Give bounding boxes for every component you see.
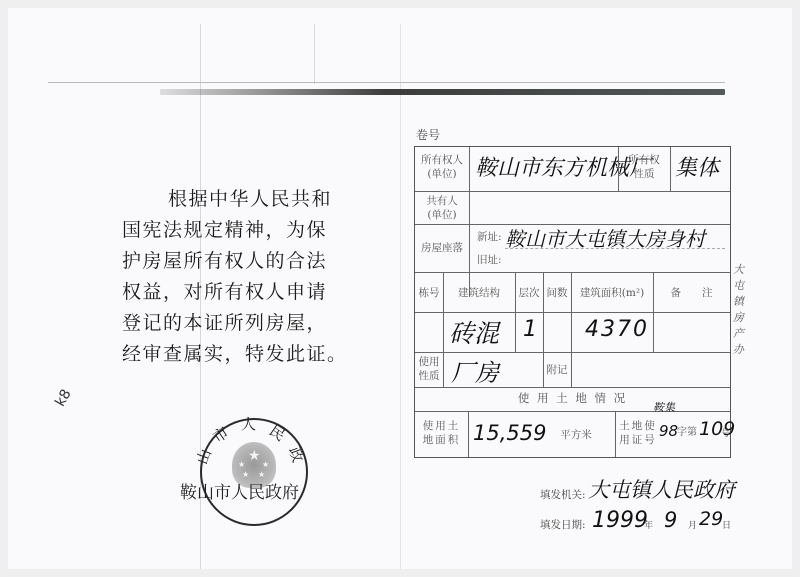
fold-line-mid bbox=[314, 24, 315, 84]
ownership-nature-label: 所有权 性质 bbox=[618, 153, 670, 181]
issue-date-month: 9 bbox=[664, 508, 677, 532]
declaration-text: 根据中华人民共和 国宪法规定精神，为保 护房屋所有权人的合法 权益，对所有权人申… bbox=[122, 184, 362, 370]
col-divider bbox=[443, 352, 444, 387]
issue-date-label: 填发日期: bbox=[540, 517, 586, 532]
land-area-unit: 平方米 bbox=[551, 428, 601, 442]
usage-label: 使用 性质 bbox=[415, 355, 443, 383]
land-cert-label: 土地使 用证号 bbox=[619, 419, 657, 447]
header-rooms: 间数 bbox=[543, 286, 571, 300]
new-address-label: 新址: bbox=[477, 230, 502, 244]
fold-line-center bbox=[400, 24, 401, 569]
owner-label: 所有权人 (单位) bbox=[415, 153, 469, 181]
issuing-authority-value: 大屯镇人民政府 bbox=[588, 474, 735, 504]
land-cert-number-1: 98 bbox=[659, 422, 678, 440]
col-divider bbox=[468, 411, 469, 457]
col-divider bbox=[670, 147, 671, 191]
declaration-line: 护房屋所有权人的合法 bbox=[122, 246, 362, 277]
col-divider bbox=[615, 411, 616, 457]
declaration-line: 权益，对所有权人申请 bbox=[122, 277, 362, 308]
scan-rule-thin bbox=[48, 82, 725, 83]
header-remarks: 备 注 bbox=[653, 286, 730, 300]
seal-arc-char: 人 bbox=[241, 413, 256, 434]
declaration-line: 登记的本证所列房屋， bbox=[122, 308, 362, 339]
land-area-label: 使用土 地面积 bbox=[415, 419, 468, 447]
header-area: 建筑面积(m²) bbox=[571, 286, 653, 300]
land-section-title: 使 用 土 地 情 况 bbox=[415, 391, 730, 405]
old-address-label: 旧址: bbox=[477, 253, 502, 267]
cell-floors: 1 bbox=[523, 317, 537, 342]
issuing-authority-label: 填发机关: bbox=[540, 487, 586, 502]
header-structure: 建筑结构 bbox=[443, 286, 515, 300]
cell-structure: 砖混 bbox=[449, 314, 499, 350]
volume-number-label: 卷号 bbox=[416, 126, 440, 143]
usage-value: 厂房 bbox=[451, 353, 499, 388]
co-owner-label: 共有人 (单位) bbox=[415, 194, 469, 222]
issue-date-day-unit: 日 bbox=[722, 518, 731, 531]
land-cert-suffix: 号 bbox=[721, 427, 730, 441]
header-building-no: 栋号 bbox=[415, 286, 443, 300]
seal-authority-name: 鞍山市人民政府 bbox=[180, 478, 299, 503]
declaration-line: 根据中华人民共和 bbox=[122, 184, 362, 215]
declaration-line: 国宪法规定精神，为保 bbox=[122, 215, 362, 246]
issue-date-day: 29 bbox=[699, 508, 723, 530]
col-divider bbox=[571, 352, 572, 387]
land-cert-char-label: 字第 bbox=[677, 426, 697, 440]
issue-date-year-unit: 年 bbox=[644, 518, 653, 531]
cell-area: 4370 bbox=[585, 317, 649, 342]
issue-date-month-unit: 月 bbox=[688, 518, 697, 531]
land-cert-prefix: 鞍集 bbox=[653, 399, 675, 415]
scan-rule-dark bbox=[160, 89, 725, 95]
location-label: 房屋座落 bbox=[415, 241, 469, 255]
issue-date-year: 1999 bbox=[592, 508, 648, 533]
ownership-nature-value: 集体 bbox=[675, 151, 719, 182]
address-separator bbox=[505, 248, 725, 249]
certificate-table: 所有权人 (单位) 鞍山市东方机械厂 所有权 性质 集体 共有人 (单位) 房屋… bbox=[414, 146, 731, 458]
declaration-line: 经审查属实，特发此证。 bbox=[122, 339, 362, 370]
margin-side-notes: 大屯镇房产办 bbox=[733, 262, 747, 358]
header-floors: 层次 bbox=[515, 286, 543, 300]
appendix-label: 附记 bbox=[543, 363, 571, 377]
land-area-value: 15,559 bbox=[473, 421, 546, 445]
